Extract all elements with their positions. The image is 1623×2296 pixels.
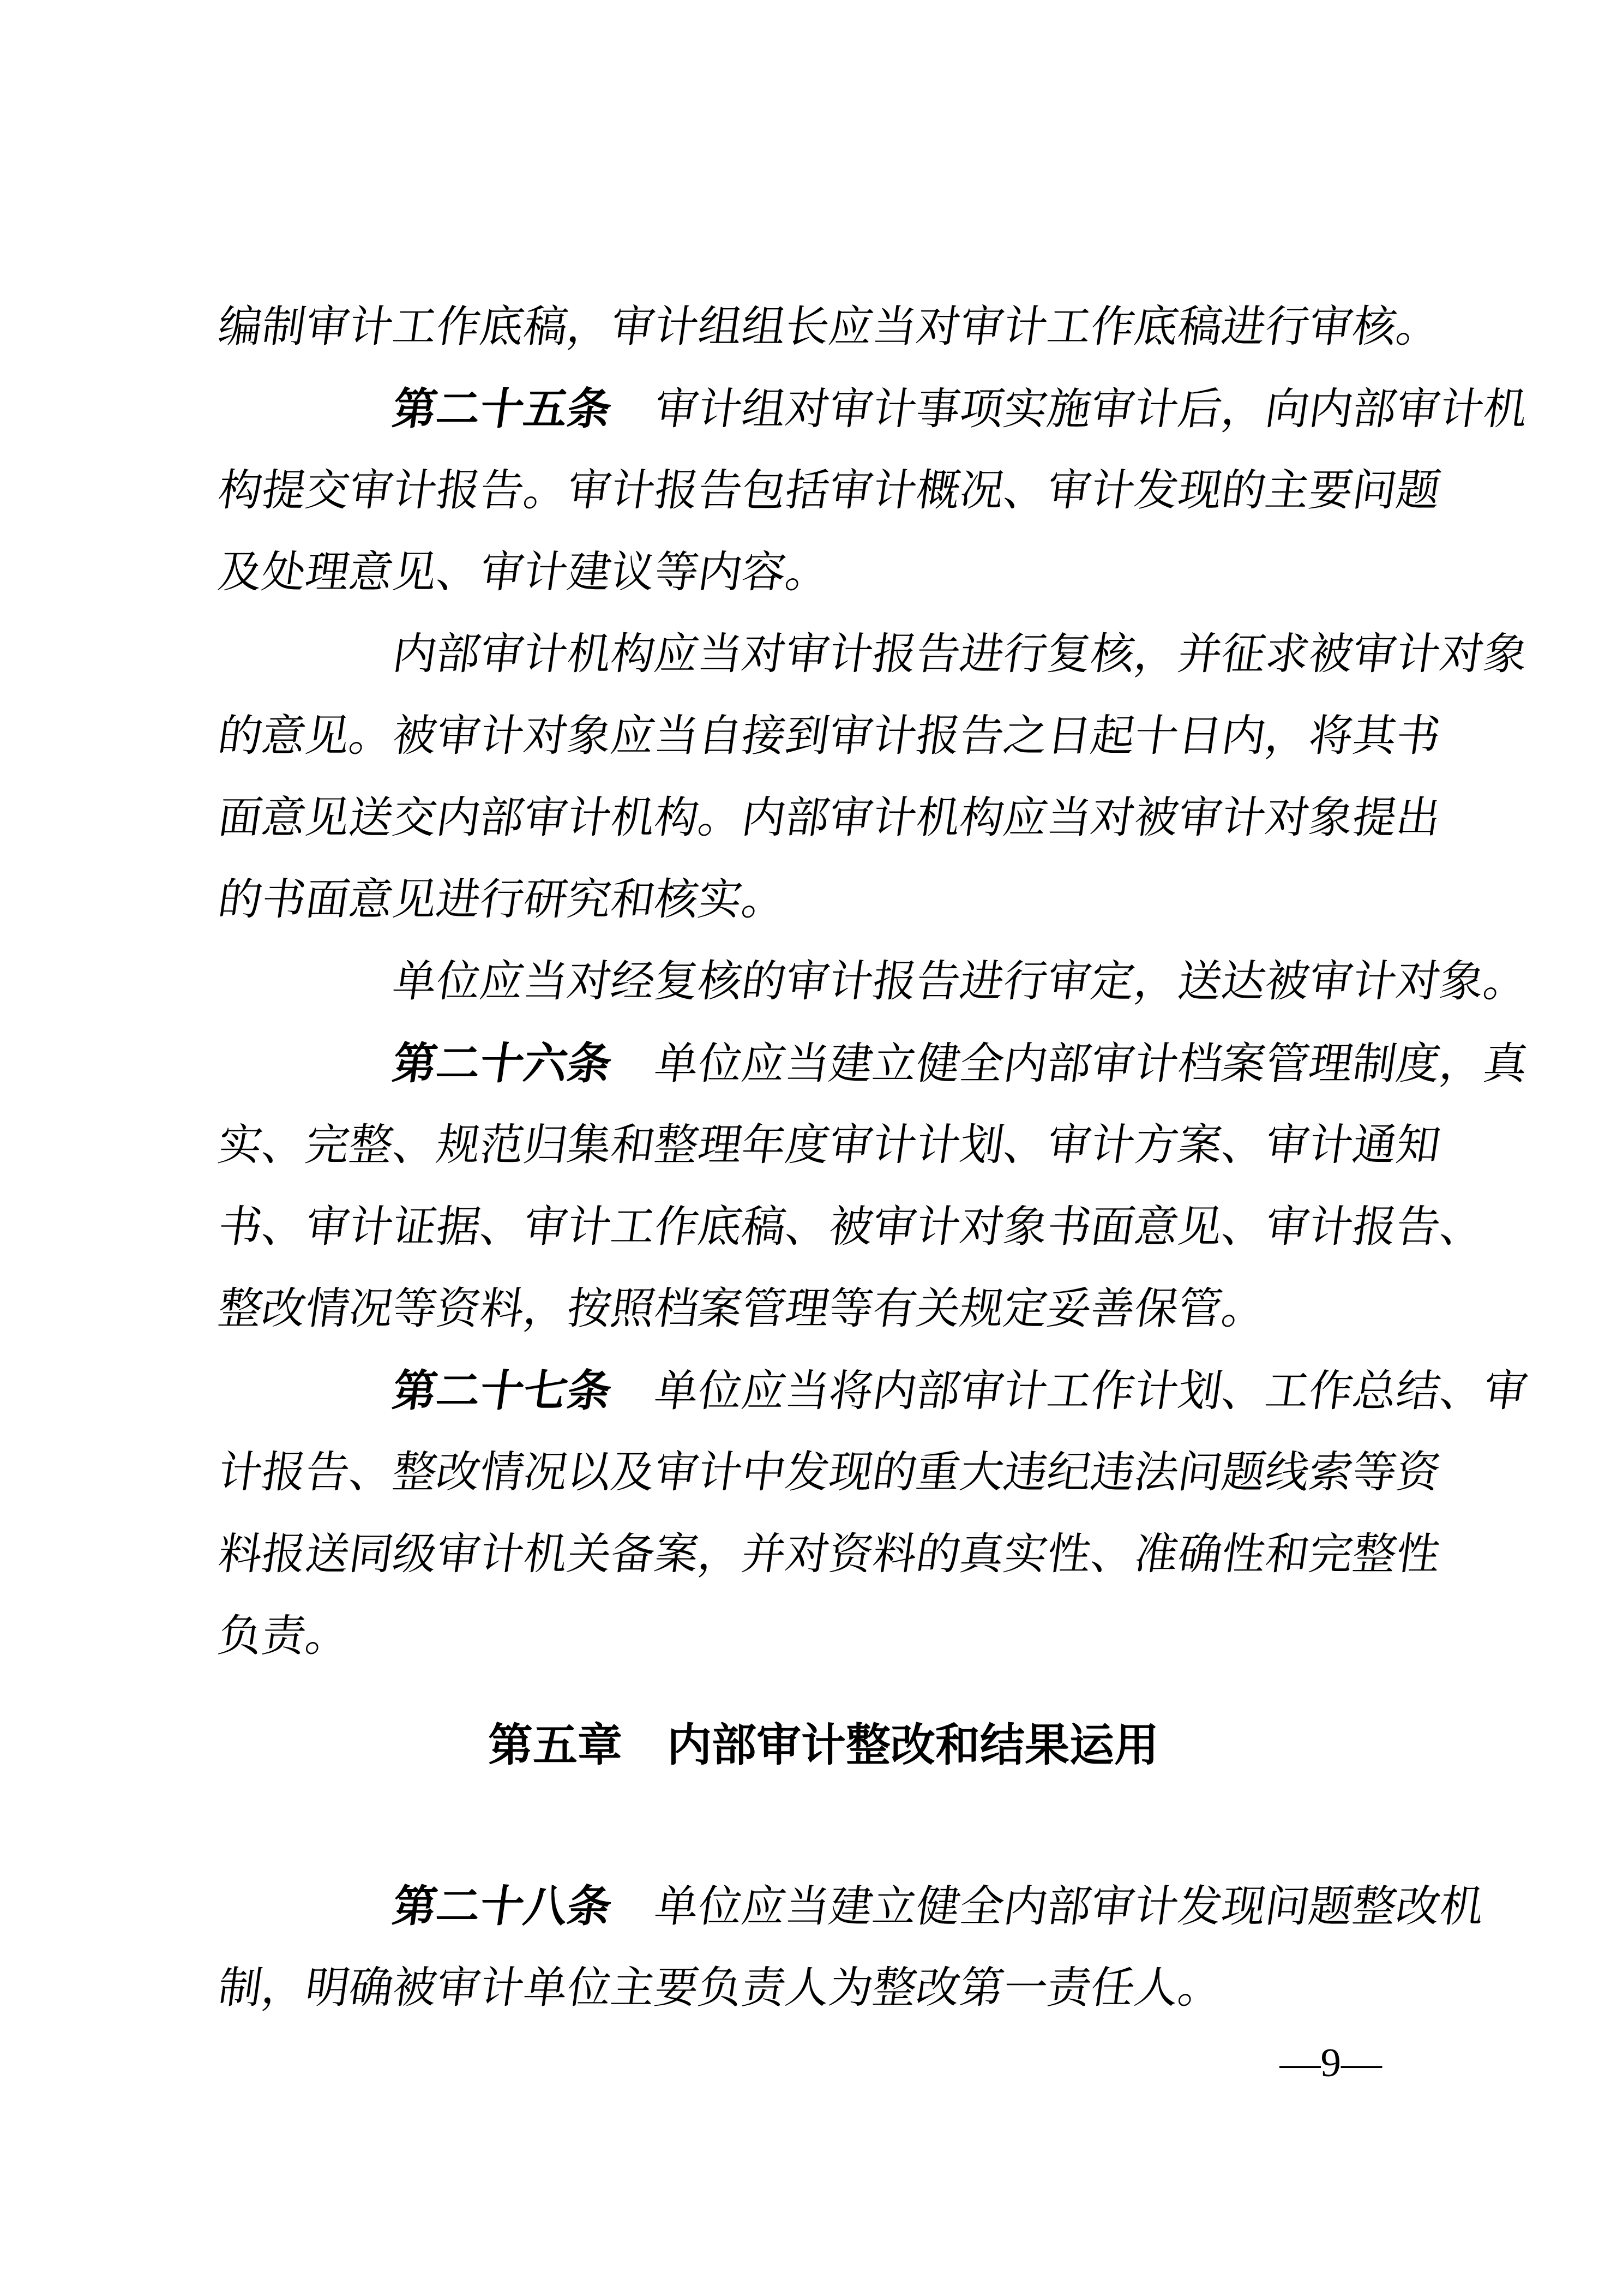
text-line: 内部审计机构应当对审计报告进行复核，并征求被审计对象 <box>213 614 1434 696</box>
article-number: 第二十六条 <box>389 1039 615 1088</box>
text-line: 计报告、整改情况以及审计中发现的重大违纪违法问题线索等资 <box>213 1432 1434 1514</box>
line-text: 单位应当建立健全内部审计档案管理制度，真 <box>608 1040 1530 1088</box>
document-page: 编制审计工作底稿，审计组组长应当对审计工作底稿进行审核。 第二十五条 审计组对审… <box>0 0 1623 2296</box>
line-text: 书、审计证据、审计工作底稿、被审计对象书面意见、审计报告、 <box>215 1203 1487 1251</box>
line-text: 及处理意见、审计建议等内容。 <box>215 549 832 597</box>
text-line: 第二十八条 单位应当建立健全内部审计发现问题整改机 <box>213 1866 1434 1947</box>
document-body: 编制审计工作底稿，审计组组长应当对审计工作底稿进行审核。 第二十五条 审计组对审… <box>213 286 1434 2029</box>
text-line: 书、审计证据、审计工作底稿、被审计对象书面意见、审计报告、 <box>213 1186 1434 1268</box>
article-number: 第二十七条 <box>389 1366 615 1415</box>
line-text: 单位应当建立健全内部审计发现问题整改机 <box>608 1883 1487 1931</box>
text-line: 实、完整、规范归集和整理年度审计计划、审计方案、审计通知 <box>213 1105 1434 1186</box>
line-text: 的意见。被审计对象应当自接到审计报告之日起十日内，将其书 <box>215 712 1443 760</box>
article-number: 第二十八条 <box>389 1882 615 1931</box>
text-line: 单位应当对经复核的审计报告进行审定，送达被审计对象。 <box>213 941 1434 1023</box>
text-line: 第二十六条 单位应当建立健全内部审计档案管理制度，真 <box>213 1023 1434 1105</box>
text-line: 及处理意见、审计建议等内容。 <box>213 532 1434 614</box>
line-text: 制，明确被审计单位主要负责人为整改第一责任人。 <box>215 1964 1225 2012</box>
line-text: 内部审计机构应当对审计报告进行复核，并征求被审计对象 <box>389 631 1530 679</box>
text-line: 第二十七条 单位应当将内部审计工作计划、工作总结、审 <box>213 1350 1434 1432</box>
text-line: 编制审计工作底稿，审计组组长应当对审计工作底稿进行审核。 <box>213 286 1434 368</box>
line-text: 单位应当将内部审计工作计划、工作总结、审 <box>608 1368 1530 1416</box>
line-text: 实、完整、规范归集和整理年度审计计划、审计方案、审计通知 <box>215 1122 1443 1170</box>
line-text: 整改情况等资料，按照档案管理等有关规定妥善保管。 <box>215 1285 1269 1333</box>
line-text: 料报送同级审计机关备案，并对资料的真实性、准确性和完整性 <box>215 1531 1443 1579</box>
line-text: 构提交审计报告。审计报告包括审计概况、审计发现的主要问题 <box>215 467 1443 515</box>
text-line: 的意见。被审计对象应当自接到审计报告之日起十日内，将其书 <box>213 696 1434 777</box>
text-line: 整改情况等资料，按照档案管理等有关规定妥善保管。 <box>213 1268 1434 1350</box>
line-text: 编制审计工作底稿，审计组组长应当对审计工作底稿进行审核。 <box>215 303 1443 351</box>
article-number: 第二十五条 <box>389 385 615 433</box>
text-line: 第二十五条 审计组对审计事项实施审计后，向内部审计机 <box>213 368 1434 450</box>
line-text: 审计组对审计事项实施审计后，向内部审计机 <box>608 386 1530 434</box>
page-number: —9— <box>1280 2041 1382 2085</box>
chapter-heading: 第五章 内部审计整改和结果运用 <box>213 1713 1434 1778</box>
text-line: 负责。 <box>213 1596 1434 1677</box>
text-line: 的书面意见进行研究和核实。 <box>213 859 1434 941</box>
line-text: 负责。 <box>215 1612 352 1660</box>
text-line: 制，明确被审计单位主要负责人为整改第一责任人。 <box>213 1947 1434 2029</box>
line-text: 的书面意见进行研究和核实。 <box>215 876 789 924</box>
text-line: 面意见送交内部审计机构。内部审计机构应当对被审计对象提出 <box>213 777 1434 859</box>
line-text: 面意见送交内部审计机构。内部审计机构应当对被审计对象提出 <box>215 794 1443 842</box>
line-text: 单位应当对经复核的审计报告进行审定，送达被审计对象。 <box>389 958 1530 1006</box>
text-line: 料报送同级审计机关备案，并对资料的真实性、准确性和完整性 <box>213 1514 1434 1596</box>
text-line: 构提交审计报告。审计报告包括审计概况、审计发现的主要问题 <box>213 450 1434 532</box>
line-text: 计报告、整改情况以及审计中发现的重大违纪违法问题线索等资 <box>215 1449 1443 1497</box>
